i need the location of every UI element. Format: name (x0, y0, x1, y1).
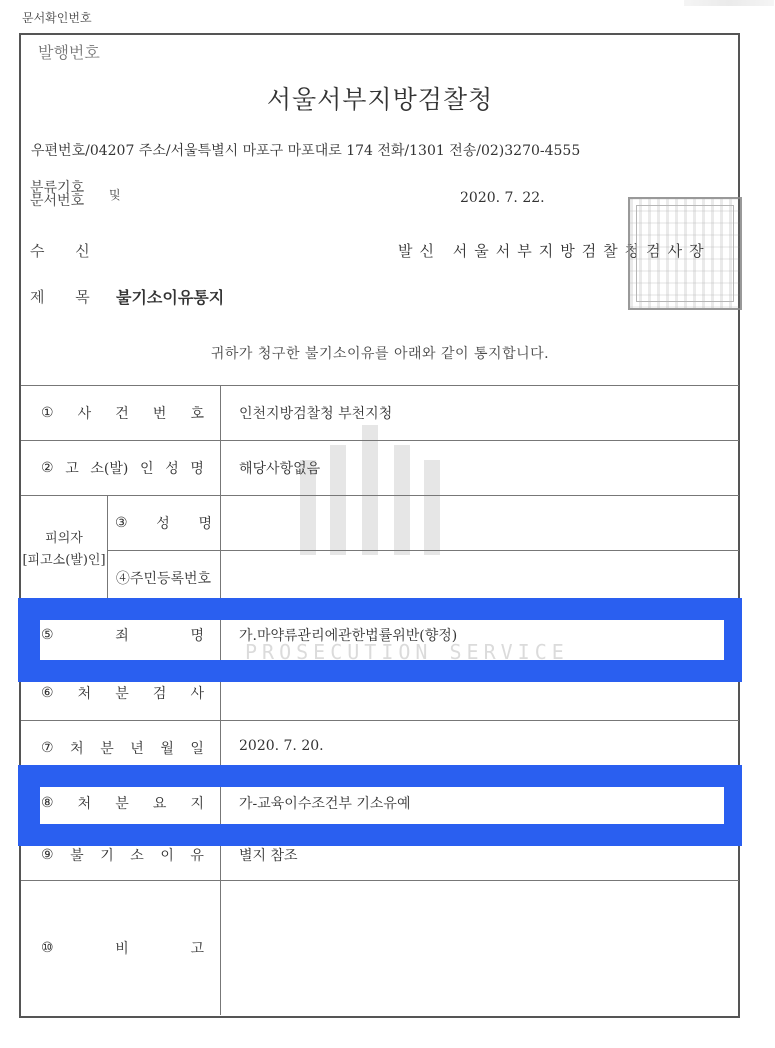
label-part: ⑦ (41, 740, 54, 756)
label-part: 건 (115, 403, 129, 423)
classification-and: 및 (109, 186, 121, 203)
label-part: 소 (130, 845, 144, 865)
agency-title: 서울서부지방검찰청 (0, 80, 760, 116)
suspect-label: 피의자 (45, 528, 83, 550)
classification-label-line2: 문서번호 (30, 195, 84, 208)
table-column-divider (220, 385, 221, 1015)
label-part: 비 (115, 938, 129, 958)
label-part: 처 (70, 738, 84, 758)
scan-artifact (684, 0, 774, 6)
label-part: ③ (115, 515, 128, 531)
suspect-sub-label: [피고소(발)인] (22, 550, 105, 572)
table-row-label: ③성명 (115, 495, 212, 550)
highlight-disposition-summary (18, 765, 742, 846)
label-part: 분 (100, 738, 114, 758)
document-confirmation-label: 문서확인번호 (22, 9, 92, 26)
label-part: ⑥ (41, 685, 54, 701)
table-row-label: ④주민등록번호 (115, 550, 212, 605)
label-part: 성 (165, 458, 179, 478)
label-part: 명 (198, 513, 212, 533)
label-part: 사 (190, 683, 204, 703)
label-part: 호 (190, 403, 204, 423)
label-part: 분 (115, 683, 129, 703)
watermark-logo-icon (300, 425, 440, 555)
document-date: 2020. 7. 22. (460, 190, 545, 206)
subject-value: 불기소이유통지 (116, 285, 224, 308)
label-part: 일 (190, 738, 204, 758)
label-part: 검 (153, 683, 167, 703)
label-part: ④주민등록번호 (116, 568, 211, 588)
issue-number-label: 발행번호 (38, 40, 100, 63)
table-row-label: ①사건번호 (41, 385, 204, 440)
label-part: 고 (190, 938, 204, 958)
address-line: 우편번호/04207 주소/서울특별시 마포구 마포대로 174 전화/1301… (31, 140, 580, 160)
label-part: ② (41, 460, 54, 476)
table-row-value: 해당사항없음 (239, 458, 320, 478)
table-row-label: ②고소(발)인성명 (41, 440, 204, 495)
table-column-divider (107, 495, 108, 605)
suspect-group-label: 피의자[피고소(발)인] (21, 495, 107, 605)
label-part: 기 (100, 845, 114, 865)
highlight-crime-name (18, 598, 742, 682)
label-part: 명 (190, 458, 204, 478)
label-part: 불 (70, 845, 84, 865)
table-row-label: ⑩비고 (41, 880, 204, 1015)
label-part: ⑩ (41, 940, 54, 956)
label-part: 월 (160, 738, 174, 758)
notice-text: 귀하가 청구한 불기소이유를 아래와 같이 통지합니다. (0, 343, 760, 363)
table-row-value: 별지 참조 (239, 845, 298, 865)
label-part: ⑨ (41, 847, 54, 863)
label-part: 인 (140, 458, 154, 478)
table-row-value: 인천지방검찰청 부천지청 (239, 403, 392, 423)
official-seal-icon (628, 197, 742, 310)
table-row-value: 2020. 7. 20. (239, 738, 324, 754)
label-part: 처 (78, 683, 92, 703)
label-part: 성 (156, 513, 170, 533)
label-part: 사 (78, 403, 92, 423)
label-part: 번 (153, 403, 167, 423)
label-part: 고 (65, 458, 79, 478)
label-part: 유 (190, 845, 204, 865)
label-part: 년 (130, 738, 144, 758)
recipient-label: 수 신 (30, 240, 90, 261)
label-part: 소(발) (90, 458, 128, 478)
label-part: 이 (160, 845, 174, 865)
label-part: ① (41, 405, 54, 421)
subject-label: 제 목 (30, 286, 90, 307)
